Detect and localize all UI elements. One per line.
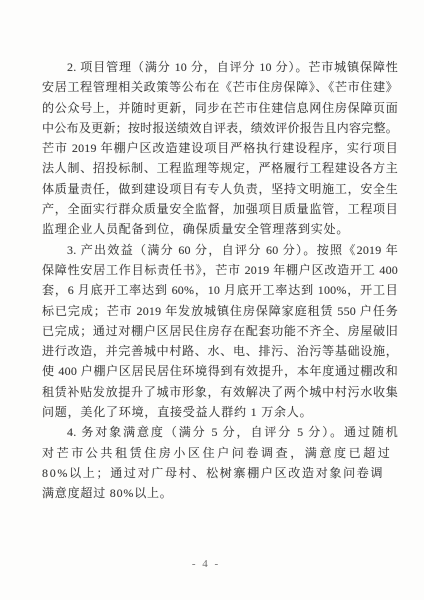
document-page: 2. 项目管理（满分 10 分，自评分 10 分）。芒市城镇保障性安居工程管理相… [0,0,424,600]
text-line: 法人制、招投标制、工程监理等规定，严格履行工程建设各方主 [42,158,398,178]
text-line: 保障性安居工作目标责任书》，芒市 2019 年棚户区改造开工 400 [42,260,398,280]
text-line: 进行改造，并完善城中村路、水、电、排污、治污等基础设施， [42,341,398,361]
text-line: 满意度超过 80%以上。 [42,483,398,503]
text-line: 标已完成；芒市 2019 年发放城镇住房保障家庭租赁 550 户任务 [42,301,398,321]
text-line: 安居工程管理相关政策等公布在《芒市住房保障》、《芒市住建》 [42,77,398,97]
text-line: 80%以上；通过对广母村、松树寨棚户区改造对象问卷调查， [42,463,398,483]
text-line: 中公布及更新；按时报送绩效自评表，绩效评价报告且内容完整。 [42,118,398,138]
text-line: 的公众号上，并随时更新，同步在芒市住建信息网住房保障页面 [42,98,398,118]
document-body: 2. 项目管理（满分 10 分，自评分 10 分）。芒市城镇保障性安居工程管理相… [42,57,398,504]
text-line: 4. 务对象满意度（满分 5 分，自评分 5 分）。通过随机 [42,422,398,442]
text-line: 体质量责任，做到建设项目有专人负责，坚持文明施工，安全生 [42,179,398,199]
text-line: 已完成；通过对棚户区居民住房存在配套功能不齐全、房屋破旧 [42,321,398,341]
text-line: 问题，美化了环境，直接受益人群约 1 万余人。 [42,402,398,422]
text-line: 对芒市公共租赁住房小区住户问卷调查，满意度已超过 [42,443,398,463]
text-line: 租赁补贴发放提升了城市形象，有效解决了两个城中村污水收集 [42,382,398,402]
page-number: - 4 - [0,557,412,571]
text-line: 套，6 月底开工率达到 60%，10 月底开工率达到 100%，开工目 [42,280,398,300]
text-line: 3. 产出效益（满分 60 分，自评分 60 分）。按照《2019 年 [42,240,398,260]
text-line: 芒市 2019 年棚户区改造建设项目严格执行建设程序，实行项目 [42,138,398,158]
text-line: 2. 项目管理（满分 10 分，自评分 10 分）。芒市城镇保障性 [42,57,398,77]
text-line: 产，全面实行群众质量安全监督，加强项目质量监管，工程项目 [42,199,398,219]
text-line: 监理企业人员配备到位，确保质量安全管理落到实处。 [42,219,398,239]
text-line: 使 400 户棚户区居民居住环境得到有效提升，本年度通过棚改和 [42,361,398,381]
